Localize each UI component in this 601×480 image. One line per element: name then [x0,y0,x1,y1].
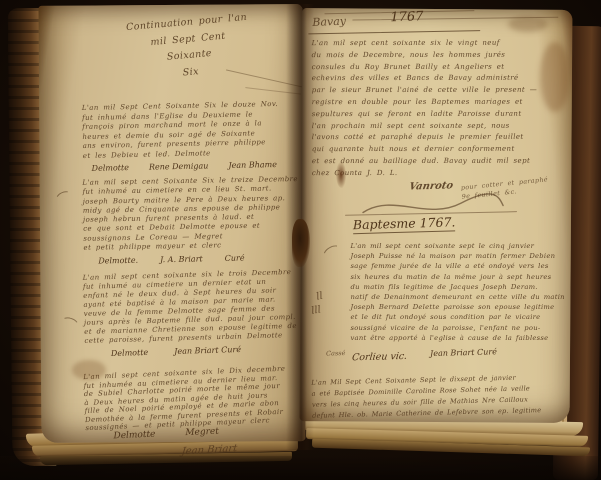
burial-entry-1: L'an mil Sept Cent Soixante Six le douze… [82,100,279,161]
right-page: Bavay 1767 L'an mil sept cent soixante s… [300,8,573,423]
burial-entry-3: L'an mil sept cent soixante six le trois… [83,268,298,346]
gutter-shadow [286,4,314,450]
baptism-entry-2: L'an Mil Sept Cent Soixante Sept le dixs… [311,372,541,422]
margin-scribble [54,189,73,206]
left-page-heading: Continuation pour l'anmil Sept CentSoixa… [108,8,269,87]
signature: Delmotte [92,163,129,173]
signature: Rene Demigau [149,161,209,171]
signature: Jean Bhame [228,160,277,170]
left-page: Continuation pour l'anmil Sept CentSoixa… [38,4,305,443]
signature-row-1: Delmotte Rene Demigau Jean Bhame [92,160,277,173]
signature: J. A. Briart [160,254,203,264]
burial-entry-4: L'an mil sept cent soixante six le Dix d… [83,365,288,433]
signature: Delmotte [111,348,149,358]
heading-underline [308,30,480,35]
year-heading: 1767 [390,9,423,25]
margin-tally-marks: ll [315,291,323,303]
signature: Jean Briart Curé [174,345,241,356]
curate-signature: Jean Briart Curé [430,347,497,358]
place-heading: Bavay [312,14,346,29]
baptism-entry-1: L'an mil sept cent soixante sept le cinq… [350,241,564,343]
photo-open-parish-register: Continuation pour l'anmil Sept CentSoixa… [0,0,601,480]
bottom-shadow [0,456,601,480]
heading-rule-top-2 [352,17,558,21]
signature: Megret [185,427,219,439]
signature: Curé [225,253,245,262]
baptism-sig-prefix: Cassé [326,349,346,358]
margin-scribble [321,242,345,264]
burial-entry-2: L'an mil sept cent Soixante Six le treiz… [82,175,299,253]
baptism-section-heading: Baptesme 1767. [353,214,456,234]
closing-statement-1766: L'an mil sept cent soixante six le vingt… [312,38,538,180]
signature-row-2: Delmotte. J. A. Briart Curé [98,253,244,265]
margin-scribble [59,315,80,332]
signature: Delmotte [113,430,155,442]
vicar-signature: Corlieu vic. [351,351,407,364]
signature: Delmotte. [98,256,138,266]
signature-row-3: Delmotte Jean Briart Curé [111,345,241,358]
